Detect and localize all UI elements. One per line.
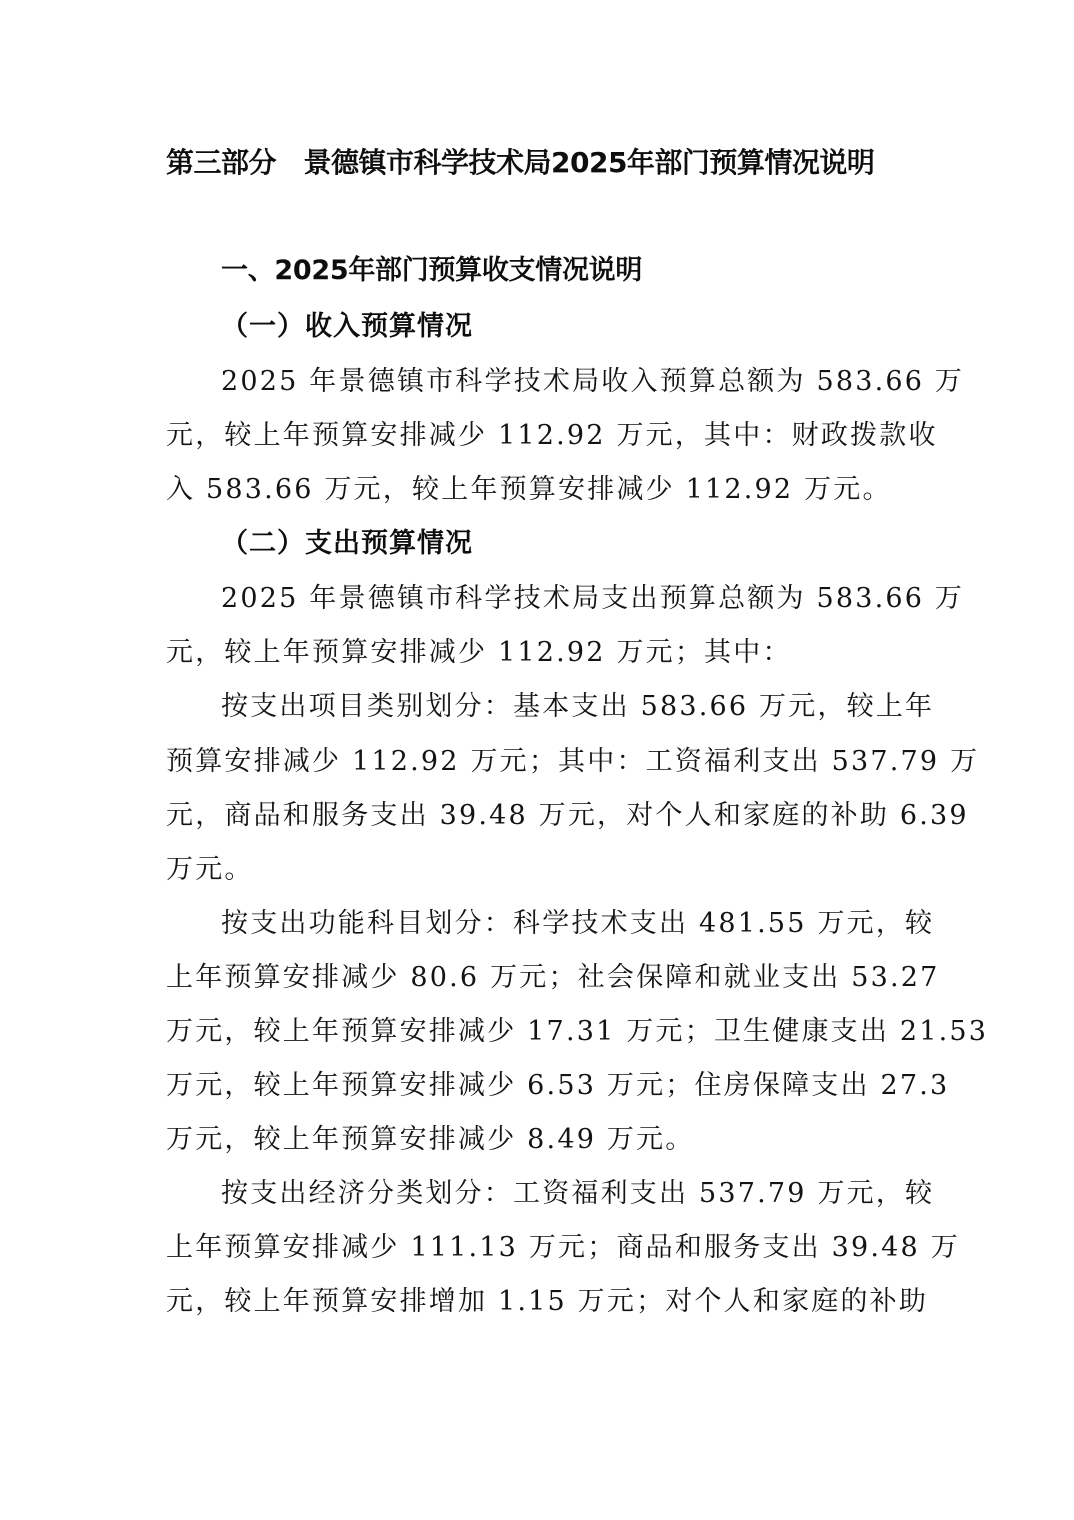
subsection-heading-expenditure: （二）支出预算情况	[221, 526, 473, 562]
subsection-heading-income: （一）收入预算情况	[221, 309, 473, 345]
economic-classification-paragraph-line: 按支出经济分类划分：工资福利支出 537.79 万元，较	[221, 1177, 934, 1211]
income-paragraph-line: 入 583.66 万元，较上年预算安排减少 112.92 万元。	[166, 473, 892, 507]
project-category-paragraph-line: 预算安排减少 112.92 万元；其中：工资福利支出 537.79 万	[166, 745, 979, 779]
economic-classification-paragraph-line: 上年预算安排减少 111.13 万元；商品和服务支出 39.48 万	[166, 1231, 960, 1265]
project-category-paragraph-line: 万元。	[166, 853, 254, 887]
income-paragraph-line: 元，较上年预算安排减少 112.92 万元，其中：财政拨款收	[166, 419, 938, 453]
document-title: 第三部分 景德镇市科学技术局2025年部门预算情况说明	[166, 145, 874, 181]
income-paragraph-line: 2025 年景德镇市科学技术局收入预算总额为 583.66 万	[221, 365, 964, 399]
functional-classification-paragraph-line: 万元，较上年预算安排减少 8.49 万元。	[166, 1123, 694, 1157]
functional-classification-paragraph-line: 按支出功能科目划分：科学技术支出 481.55 万元，较	[221, 907, 934, 941]
project-category-paragraph-line: 按支出项目类别划分：基本支出 583.66 万元，较上年	[221, 690, 934, 724]
section-heading-budget-overview: 一、2025年部门预算收支情况说明	[221, 253, 642, 289]
expenditure-paragraph-line: 2025 年景德镇市科学技术局支出预算总额为 583.66 万	[221, 582, 964, 616]
functional-classification-paragraph-line: 万元，较上年预算安排减少 6.53 万元；住房保障支出 27.3	[166, 1069, 949, 1103]
functional-classification-paragraph-line: 上年预算安排减少 80.6 万元；社会保障和就业支出 53.27	[166, 961, 940, 995]
expenditure-paragraph-line: 元，较上年预算安排减少 112.92 万元；其中：	[166, 636, 792, 670]
functional-classification-paragraph-line: 万元，较上年预算安排减少 17.31 万元；卫生健康支出 21.53	[166, 1015, 988, 1049]
project-category-paragraph-line: 元，商品和服务支出 39.48 万元，对个人和家庭的补助 6.39	[166, 799, 969, 833]
document-page: 第三部分 景德镇市科学技术局2025年部门预算情况说明 一、2025年部门预算收…	[0, 0, 1074, 1520]
economic-classification-paragraph-line: 元，较上年预算安排增加 1.15 万元；对个人和家庭的补助	[166, 1285, 928, 1319]
